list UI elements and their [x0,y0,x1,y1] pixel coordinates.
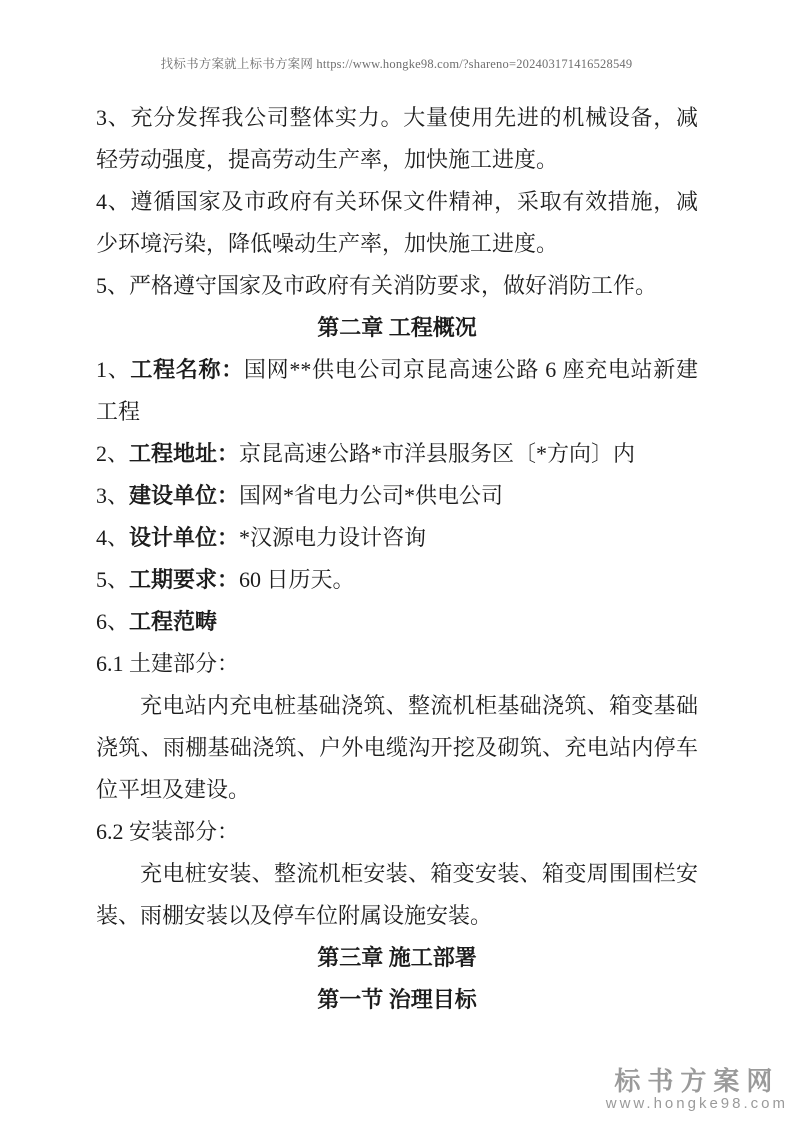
item-value: 京昆高速公路*市洋县服务区〔*方向〕内 [239,441,635,466]
section-6-2-heading: 6.2 安装部分： [96,811,698,853]
item-number: 4、 [96,525,129,550]
paragraph-measure-4: 4、遵循国家及市政府有关环保文件精神，采取有效措施，减少环境污染，降低噪动生产率… [96,181,698,265]
project-item-owner: 3、建设单位：国网*省电力公司*供电公司 [96,475,698,517]
chapter-3-heading: 第三章 施工部署 [96,937,698,979]
item-number: 2、 [96,441,129,466]
item-label: 工期要求： [129,567,239,592]
project-item-duration: 5、工期要求：60 日历天。 [96,559,698,601]
paragraph-measure-5: 5、严格遵守国家及市政府有关消防要求，做好消防工作。 [96,265,698,307]
project-item-designer: 4、设计单位：*汉源电力设计咨询 [96,517,698,559]
page-header: 找标书方案就上标书方案网 https://www.hongke98.com/?s… [0,54,793,72]
chapter-2-heading: 第二章 工程概况 [96,307,698,349]
project-item-scope: 6、工程范畴 [96,601,698,643]
item-value: 国网*省电力公司*供电公司 [239,483,503,508]
section-6-1-heading: 6.1 土建部分： [96,643,698,685]
document-page: 找标书方案就上标书方案网 https://www.hongke98.com/?s… [0,0,793,1122]
project-item-name: 1、工程名称：国网**供电公司京昆高速公路 6 座充电站新建工程 [96,349,698,433]
watermark: 标书方案网 www.hongke98.com [606,1067,788,1112]
item-label: 设计单位： [129,525,239,550]
item-number: 3、 [96,483,129,508]
item-number: 1、 [96,357,130,382]
section-1-heading: 第一节 治理目标 [96,979,698,1021]
item-value: 60 日历天。 [239,567,355,592]
section-6-1-text: 充电站内充电桩基础浇筑、整流机柜基础浇筑、箱变基础浇筑、雨棚基础浇筑、户外电缆沟… [96,685,698,811]
watermark-logo-text: 标书方案网 [606,1067,788,1095]
item-label: 建设单位： [129,483,239,508]
paragraph-measure-3: 3、充分发挥我公司整体实力。大量使用先进的机械设备，减轻劳动强度，提高劳动生产率… [96,97,698,181]
header-source-text: 找标书方案就上标书方案网 https://www.hongke98.com/?s… [161,57,633,71]
document-body: 3、充分发挥我公司整体实力。大量使用先进的机械设备，减轻劳动强度，提高劳动生产率… [96,97,698,1021]
watermark-url: www.hongke98.com [606,1095,788,1112]
item-label: 工程范畴 [129,609,217,634]
item-number: 5、 [96,567,129,592]
item-label: 工程名称： [130,357,244,382]
item-value: *汉源电力设计咨询 [239,525,426,550]
item-number: 6、 [96,609,129,634]
item-label: 工程地址： [129,441,239,466]
project-item-address: 2、工程地址：京昆高速公路*市洋县服务区〔*方向〕内 [96,433,698,475]
section-6-2-text: 充电桩安装、整流机柜安装、箱变安装、箱变周围围栏安装、雨棚安装以及停车位附属设施… [96,853,698,937]
